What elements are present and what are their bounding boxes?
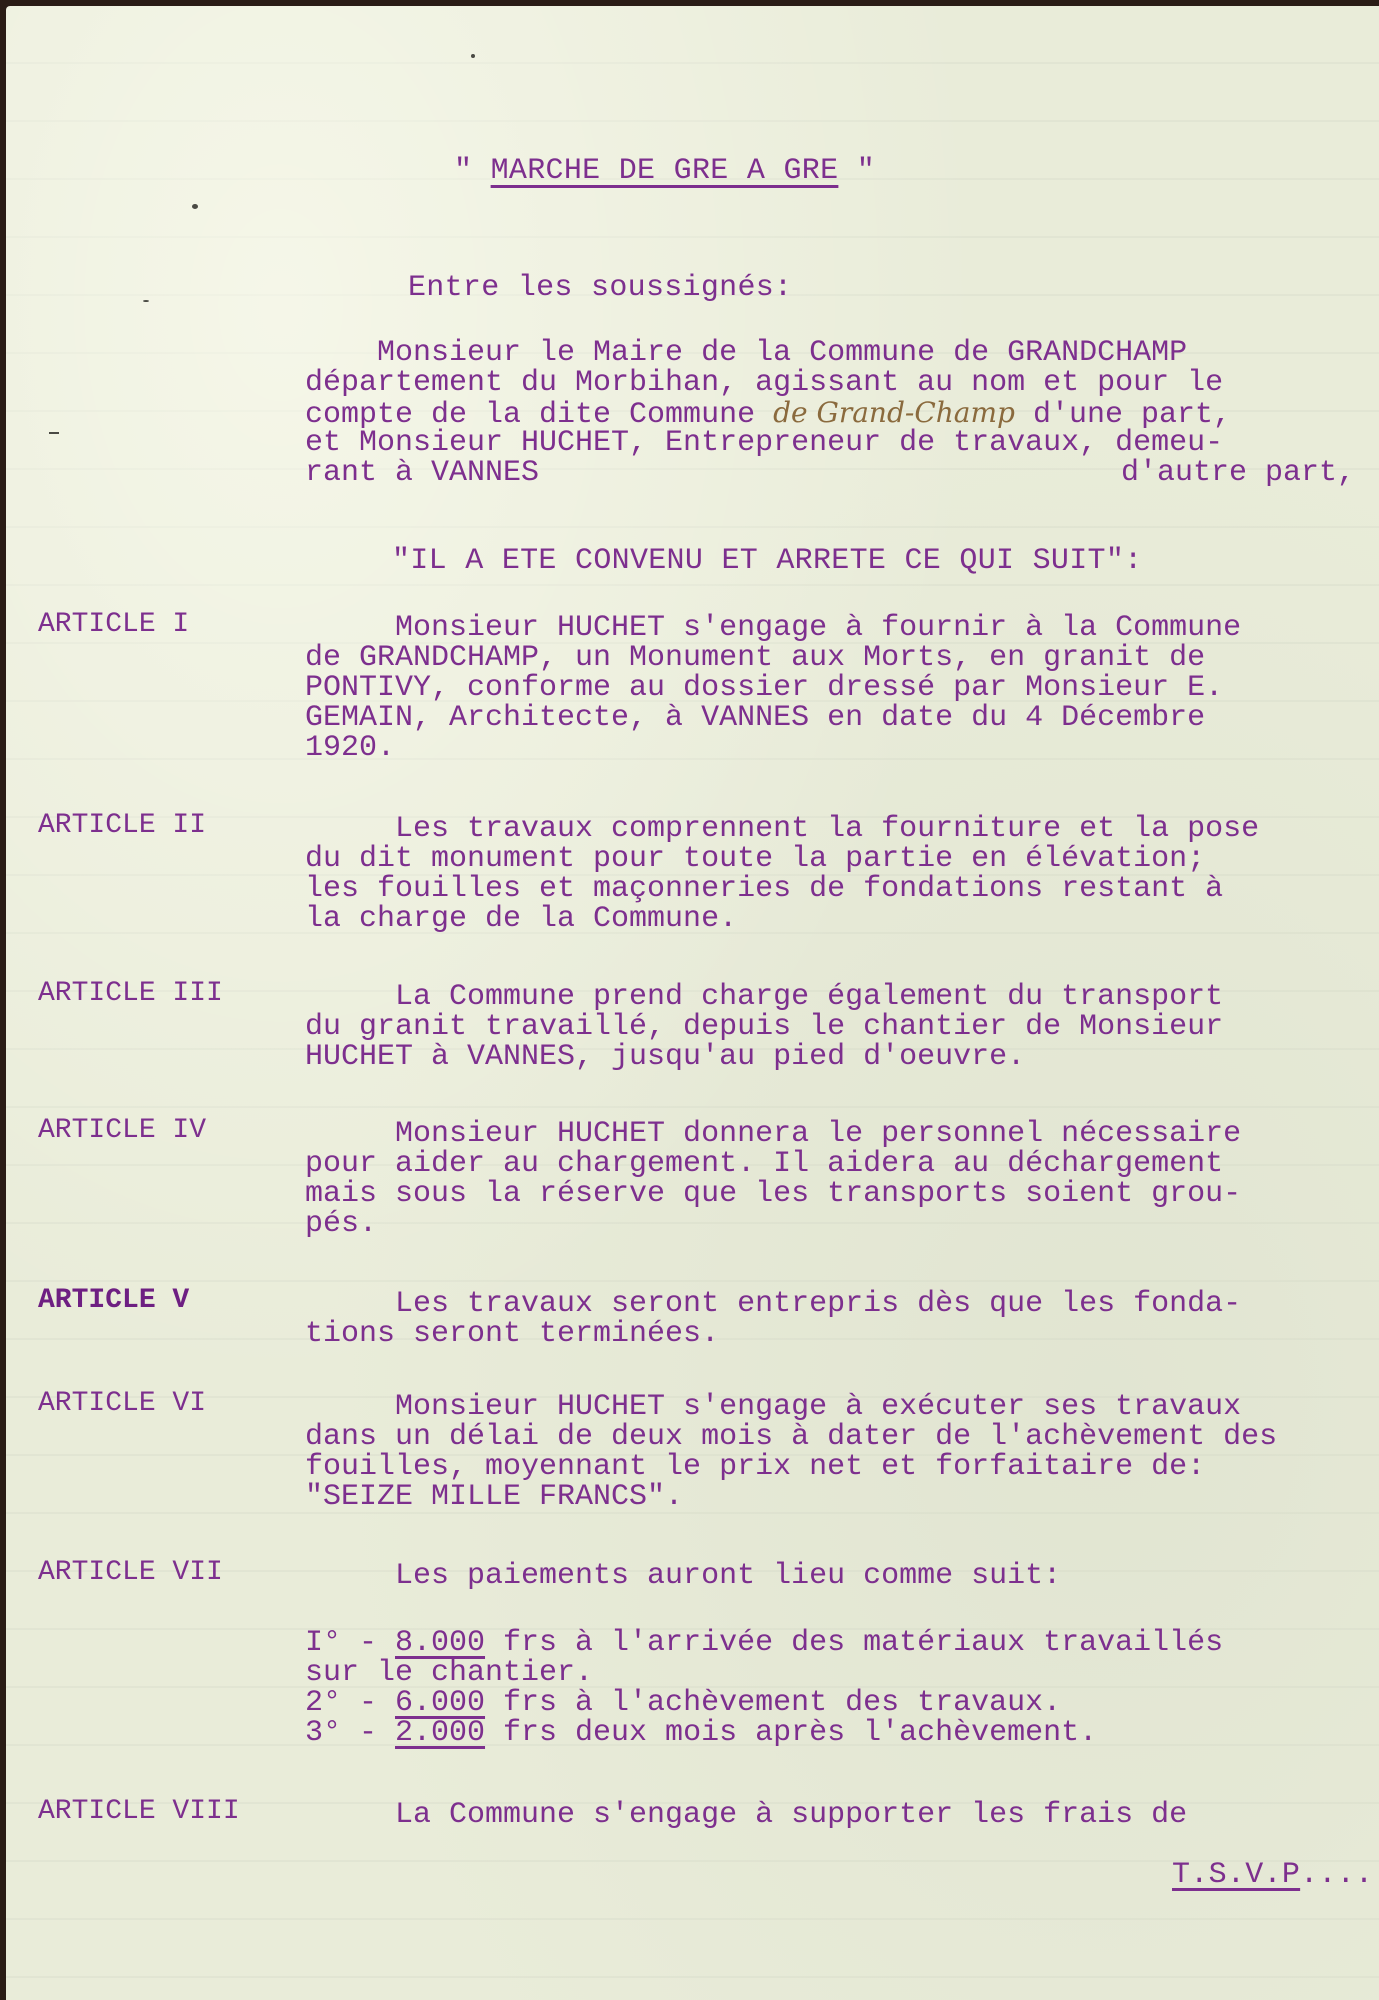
text-line: Monsieur HUCHET s'engage à exécuter ses … (305, 1392, 1277, 1422)
text-line: Les travaux comprennent la fourniture et… (305, 814, 1259, 844)
payment-schedule: I° - 8.000 frs à l'arrivée des matériaux… (305, 1628, 1223, 1748)
text-line: les fouilles et maçonneries de fondation… (305, 874, 1259, 904)
ellipsis: .... (1300, 1858, 1373, 1892)
payment-item: I° - 8.000 frs à l'arrivée des matériaux… (305, 1628, 1223, 1658)
text-line: et Monsieur HUCHET, Entrepreneur de trav… (305, 428, 1231, 458)
ink-speck (192, 204, 198, 209)
text-line: pour aider au chargement. Il aidera au d… (305, 1149, 1241, 1179)
text-line: rant à VANNESd'autre part, (305, 458, 1231, 488)
agreement-heading: "IL A ETE CONVENU ET ARRETE CE QUI SUIT"… (392, 546, 1142, 576)
text-line: Les travaux seront entrepris dès que les… (305, 1289, 1241, 1319)
title-text: MARCHE DE GRE A GRE (491, 154, 839, 188)
text-line: du dit monument pour toute la partie en … (305, 844, 1259, 874)
text-line: département du Morbihan, agissant au nom… (305, 368, 1231, 398)
text-line: pés. (305, 1209, 1241, 1239)
text-line: "SEIZE MILLE FRANCS". (305, 1482, 1277, 1512)
text-line: La Commune prend charge également du tra… (305, 982, 1223, 1012)
intro-line: Entre les soussignés: (408, 273, 792, 303)
text-line: PONTIVY, conforme au dossier dressé par … (305, 673, 1241, 703)
document-title: " MARCHE DE GRE A GRE " (454, 156, 875, 186)
article-label: ARTICLE III (38, 979, 223, 1009)
article-label: ARTICLE VIII (38, 1797, 240, 1827)
payment-continuation: sur le chantier. (305, 1658, 1223, 1688)
text-line: GEMAIN, Architecte, à VANNES en date du … (305, 703, 1241, 733)
payment-amount: 2.000 (395, 1716, 485, 1750)
payment-item: 3° - 2.000 frs deux mois après l'achèvem… (305, 1718, 1223, 1748)
payment-item: 2° - 6.000 frs à l'achèvement des travau… (305, 1688, 1223, 1718)
payment-amount: 8.000 (395, 1626, 485, 1660)
article-label: ARTICLE VI (38, 1389, 206, 1419)
text-line: La Commune s'engage à supporter les frai… (305, 1800, 1187, 1830)
article-label: ARTICLE II (38, 811, 206, 841)
article-label: ARTICLE I (38, 610, 189, 640)
text-line: de GRANDCHAMP, un Monument aux Morts, en… (305, 643, 1241, 673)
article-label: ARTICLE IV (38, 1116, 206, 1146)
article-label: ARTICLE VII (38, 1558, 223, 1588)
ink-speck (143, 300, 149, 302)
text-line: du granit travaillé, depuis le chantier … (305, 1012, 1223, 1042)
text-line: 1920. (305, 733, 1241, 763)
ink-speck (471, 54, 475, 58)
handwritten-insert: de Grand-Champ (773, 396, 1015, 429)
text-line: la charge de la Commune. (305, 904, 1259, 934)
text-line: fouilles, moyennant le prix net et forfa… (305, 1452, 1277, 1482)
text-line: Monsieur HUCHET donnera le personnel néc… (305, 1119, 1241, 1149)
text-line: HUCHET à VANNES, jusqu'au pied d'oeuvre. (305, 1042, 1223, 1072)
payment-amount: 6.000 (395, 1686, 485, 1720)
please-turn-over: T.S.V.P.... (1172, 1860, 1373, 1890)
article-label: ARTICLE V (38, 1286, 189, 1316)
text-line: Monsieur HUCHET s'engage à fournir à la … (305, 613, 1241, 643)
document-page: " MARCHE DE GRE A GRE " Entre les soussi… (6, 6, 1379, 2000)
other-party: d'autre part, (1121, 458, 1355, 488)
text-line: compte de la dite Commune de Grand-Champ… (305, 398, 1231, 428)
text-line: tions seront terminées. (305, 1319, 1241, 1349)
text-line: mais sous la réserve que les transports … (305, 1179, 1241, 1209)
text-line: dans un délai de deux mois à dater de l'… (305, 1422, 1277, 1452)
parties-paragraph: Monsieur le Maire de la Commune de GRAND… (305, 338, 1231, 488)
text-line: Monsieur le Maire de la Commune de GRAND… (305, 338, 1231, 368)
ink-speck (49, 432, 59, 434)
text-line: Les paiements auront lieu comme suit: (305, 1561, 1061, 1591)
tsvp-text: T.S.V.P (1172, 1858, 1300, 1892)
